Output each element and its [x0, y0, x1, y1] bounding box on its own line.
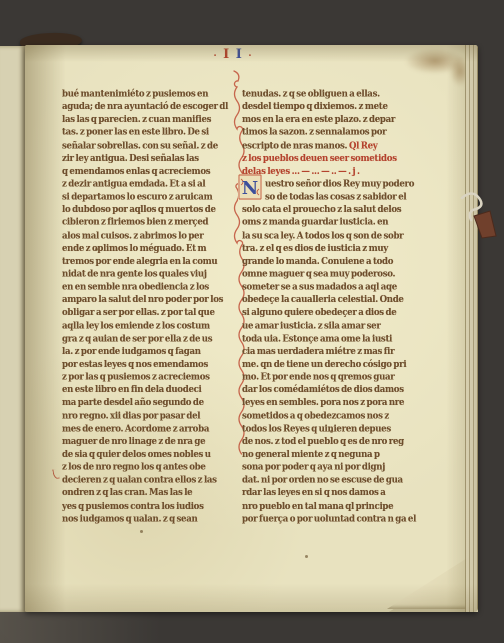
text-line: si alguno quiere obedeçer a dios de [242, 307, 442, 320]
body-text: mos en la era en este plazo. z depar [242, 115, 395, 126]
parchment-speck [140, 530, 143, 533]
text-line: ma parte desdel año segundo de [62, 397, 234, 410]
body-text: por fuerça o por uoluntad contra n ga el [242, 514, 416, 525]
text-line: todos los Reyes q uinieren depues [242, 423, 442, 436]
body-text: lo dubdoso por aqllos q muertos de [62, 205, 216, 216]
body-text: ma parte desdel año segundo de [62, 398, 204, 409]
body-text: rdar las leyes en si q nos damos a [242, 488, 386, 499]
body-text: omne maguer q sea muy poderoso. [242, 269, 395, 280]
text-line: someter se a sus madados a aql aqe [242, 281, 442, 294]
book-board-edge [0, 609, 160, 643]
text-line: yes q pusiemos contra los iudios [62, 500, 234, 513]
text-line: aguda; de nra ayuntació de escoger dl [62, 101, 234, 114]
body-text: sometidos a q obedezcamos nos z [242, 411, 389, 422]
body-text: la su sca ley. A todos los q son de sobr [242, 231, 403, 242]
numeral-stroke-red: I [223, 47, 230, 62]
text-line: obligar a ser por ellas. z por tal que [62, 307, 234, 320]
text-line: cia mas uerdadera miétre z mas fir [242, 345, 442, 358]
body-text: tas. z poner las en este libro. De si [62, 128, 209, 139]
body-text: por estas leyes q nos emendamos [62, 359, 208, 370]
text-line: escripto de nras manos. Ql Rey [242, 139, 442, 152]
body-text: nos iudgamos q ualan. z q sean [62, 514, 197, 525]
text-line: dar los comédamiétos de dios damos [242, 384, 442, 397]
body-text: nidat de nra gente los quales viuj [62, 269, 207, 280]
text-line: z por las q pusiemos z acreciemos [62, 371, 234, 384]
body-text: no general miente z q neguna p [242, 449, 380, 460]
numeral-dot: . [213, 49, 217, 59]
body-text: mo. Et por ende nos q qremos guar [242, 372, 395, 383]
text-column-right: tenudas. z q se obliguen a ellas.desdel … [242, 88, 442, 526]
body-text: obligar a ser por ellas. z por tal que [62, 308, 215, 319]
body-text: en en semble nra obediencia z los [62, 282, 209, 293]
manuscript-photo: . I I . bué mantenimiéto z pusiemos enag… [0, 0, 504, 643]
text-line: lo dubdoso por aqllos q muertos de [62, 204, 234, 217]
body-text: cia mas uerdadera miétre z mas fir [242, 346, 394, 357]
text-line: uestro señor dios Rey muy podero [242, 178, 442, 191]
text-line: nidat de nra gente los quales viuj [62, 268, 234, 281]
body-text: cibieron z firiemos bien z merçed [62, 218, 208, 229]
body-text: en este libro en fin dela duodeci [62, 385, 202, 396]
body-text: dar los comédamiétos de dios damos [242, 385, 404, 396]
body-text: q emendamos enlas q acreciemos [62, 166, 210, 177]
text-line: nos iudgamos q ualan. z q sean [62, 513, 234, 526]
text-line: ondren z q las cran. Mas las le [62, 487, 234, 500]
body-text: de sia q quier delos omes nobles u [62, 449, 211, 460]
body-text: toda uia. Estonçe ama ome la iusti [242, 334, 392, 345]
chapter-numeral: . I I . [211, 45, 255, 63]
body-text: ende z oplimos lo méguado. Et m [62, 243, 206, 254]
body-text: amparo la salut del nro poder por los [62, 295, 223, 306]
body-text: nro regno. xii dias por pasar del [62, 411, 200, 422]
body-text: obedeçe la caualleria celestial. Onde [242, 295, 404, 306]
body-text: me. qn de tiene un derecho cósigo pri [242, 359, 406, 370]
body-text: grande lo manda. Conuiene a todo [242, 256, 393, 267]
text-line: sometidos a q obedezcamos nos z [242, 410, 442, 423]
text-line: amparo la salut del nro poder por los [62, 294, 234, 307]
body-text: yes q pusiemos contra los iudios [62, 501, 204, 512]
margin-paragraph-mark [52, 469, 59, 480]
text-line: nro regno. xii dias por pasar del [62, 410, 234, 423]
folded-corner [387, 553, 475, 609]
text-line: dat. ni por orden no se escuse de gua [242, 474, 442, 487]
parchment-speck [305, 555, 308, 558]
text-line: por estas leyes q nos emendamos [62, 358, 234, 371]
text-line: la su sca ley. A todos los q son de sobr [242, 230, 442, 243]
text-line: en en semble nra obediencia z los [62, 281, 234, 294]
body-text: aqlla ley los emiende z los costum [62, 321, 210, 332]
text-line: mes de enero. Acordome z arroba [62, 423, 234, 436]
body-text: alos mal cuisos. z abrimos lo per [62, 231, 203, 242]
body-text: z dezir antigua emdada. Et a si al [62, 179, 205, 190]
text-line: aqlla ley los emiende z los costum [62, 320, 234, 333]
body-text: si alguno quiere obedeçer a dios de [242, 308, 396, 319]
body-text: de nos. z tod el pueblo q es de nro reg [242, 437, 404, 448]
text-line: omne maguer q sea muy poderoso. [242, 268, 442, 281]
body-text: ue amar iusticia. z sila amar ser [242, 321, 381, 332]
body-text: tremos por ende alegria en la comu [62, 256, 217, 267]
facing-page-gutter [0, 46, 26, 612]
text-line: nro pueblo en tal mana ql principe [242, 500, 442, 513]
text-line: leyes en sembles. pora nos z pora nre [242, 397, 442, 410]
text-line: rdar las leyes en si q nos damos a [242, 487, 442, 500]
body-text: si departamos lo escuro z aruicam [62, 192, 212, 203]
text-line: oms z manda guardar iusticia. en [242, 217, 442, 230]
body-text: gra z q auian de ser por ella z de us [62, 334, 212, 345]
numeral-dot: . [248, 49, 252, 59]
text-line: ende z oplimos lo méguado. Et m [62, 242, 234, 255]
text-line: toda uia. Estonçe ama ome la iusti [242, 333, 442, 346]
body-text: maguer de nro linage z de nra ge [62, 437, 205, 448]
body-text: timos la sazon. z sennalamos por [242, 128, 386, 139]
body-text: oms z manda guardar iusticia. en [242, 218, 388, 229]
body-text: so de todas las cosas z sabidor el [265, 192, 406, 203]
text-line: tra. z el q es dios de iusticia z muy [242, 242, 442, 255]
text-line: tremos por ende alegria en la comu [62, 255, 234, 268]
body-text: z por las q pusiemos z acreciemos [62, 372, 210, 383]
body-text: leyes en sembles. pora nos z pora nre [242, 398, 404, 409]
text-line: sona por poder q aya ni por dignj [242, 461, 442, 474]
text-line: si departamos lo escuro z aruicam [62, 191, 234, 204]
text-line: obedeçe la caualleria celestial. Onde [242, 294, 442, 307]
text-line: z los de nro regno los q antes obe [62, 461, 234, 474]
body-text: uestro señor dios Rey muy podero [265, 179, 414, 190]
body-text: sona por poder q aya ni por dignj [242, 462, 385, 473]
text-column-left: bué mantenimiéto z pusiemos enaguda; de … [62, 88, 234, 526]
text-line: mo. Et por ende nos q qremos guar [242, 371, 442, 384]
body-text: escripto de nras manos. [242, 141, 349, 152]
body-text: señalar sobrellas. con su señal. z de [62, 141, 218, 152]
bookmark-leather-tab [474, 211, 496, 238]
rubric-text: Ql Rey [349, 141, 378, 152]
text-line: la. z por ende iudgamos q fagan [62, 345, 234, 358]
manuscript-page: . I I . bué mantenimiéto z pusiemos enag… [25, 45, 478, 612]
text-line: no general miente z q neguna p [242, 448, 442, 461]
text-line: desdel tiempo q dixiemos. z mete [242, 101, 442, 114]
text-line: señalar sobrellas. con su señal. z de [62, 139, 234, 152]
text-line: maguer de nro linage z de nra ge [62, 435, 234, 448]
text-line: tas. z poner las en este libro. De si [62, 127, 234, 140]
text-line: solo cata el prouecho z la salut delos [242, 204, 442, 217]
body-text: mes de enero. Acordome z arroba [62, 424, 209, 435]
body-text: tenudas. z q se obliguen a ellas. [242, 89, 380, 100]
fore-edge-leaves [465, 45, 478, 612]
text-line: delas leyes ... — ... — .. — . j . [242, 165, 442, 178]
text-line: z los pueblos deuen seer sometidos [242, 152, 442, 165]
body-text: decieren z q ualan contra ellos z las [62, 475, 217, 486]
svg-text:N: N [242, 178, 258, 199]
text-line: grande lo manda. Conuiene a todo [242, 255, 442, 268]
body-text: zir ley antigua. Desi señalas las [62, 153, 199, 164]
text-line: por fuerça o por uoluntad contra n ga el [242, 513, 442, 526]
text-line: zir ley antigua. Desi señalas las [62, 152, 234, 165]
text-line: en este libro en fin dela duodeci [62, 384, 234, 397]
initial-letter-N: N [237, 173, 263, 201]
rubric-text: z los pueblos deuen seer sometidos [242, 153, 397, 164]
body-text: solo cata el prouecho z la salut delos [242, 205, 401, 216]
body-text: z los de nro regno los q antes obe [62, 462, 206, 473]
body-text: las las q parecien. z cuan manifies [62, 115, 211, 126]
text-line: z dezir antigua emdada. Et a si al [62, 178, 234, 191]
body-text: someter se a sus madados a aql aqe [242, 282, 397, 293]
body-text: tra. z el q es dios de iusticia z muy [242, 243, 388, 254]
text-line: mos en la era en este plazo. z depar [242, 114, 442, 127]
text-line: decieren z q ualan contra ellos z las [62, 474, 234, 487]
text-line: tenudas. z q se obliguen a ellas. [242, 88, 442, 101]
body-text: la. z por ende iudgamos q fagan [62, 346, 201, 357]
text-line: de nos. z tod el pueblo q es de nro reg [242, 435, 442, 448]
body-text: aguda; de nra ayuntació de escoger dl [62, 102, 228, 113]
text-line: q emendamos enlas q acreciemos [62, 165, 234, 178]
numeral-stroke-blue: I [236, 47, 243, 62]
body-text: todos los Reyes q uinieren depues [242, 424, 391, 435]
text-line: so de todas las cosas z sabidor el [242, 191, 442, 204]
fore-edge-bookmark [458, 186, 504, 246]
body-text: desdel tiempo q dixiemos. z mete [242, 102, 388, 113]
body-text: ondren z q las cran. Mas las le [62, 488, 192, 499]
text-line: cibieron z firiemos bien z merçed [62, 217, 234, 230]
body-text: nro pueblo en tal mana ql principe [242, 501, 393, 512]
body-text: dat. ni por orden no se escuse de gua [242, 475, 403, 486]
text-line: las las q parecien. z cuan manifies [62, 114, 234, 127]
text-line: bué mantenimiéto z pusiemos en [62, 88, 234, 101]
text-line: me. qn de tiene un derecho cósigo pri [242, 358, 442, 371]
text-line: gra z q auian de ser por ella z de us [62, 333, 234, 346]
text-line: alos mal cuisos. z abrimos lo per [62, 230, 234, 243]
body-text: bué mantenimiéto z pusiemos en [62, 89, 208, 100]
text-line: timos la sazon. z sennalamos por [242, 127, 442, 140]
text-line: de sia q quier delos omes nobles u [62, 448, 234, 461]
text-line: ue amar iusticia. z sila amar ser [242, 320, 442, 333]
